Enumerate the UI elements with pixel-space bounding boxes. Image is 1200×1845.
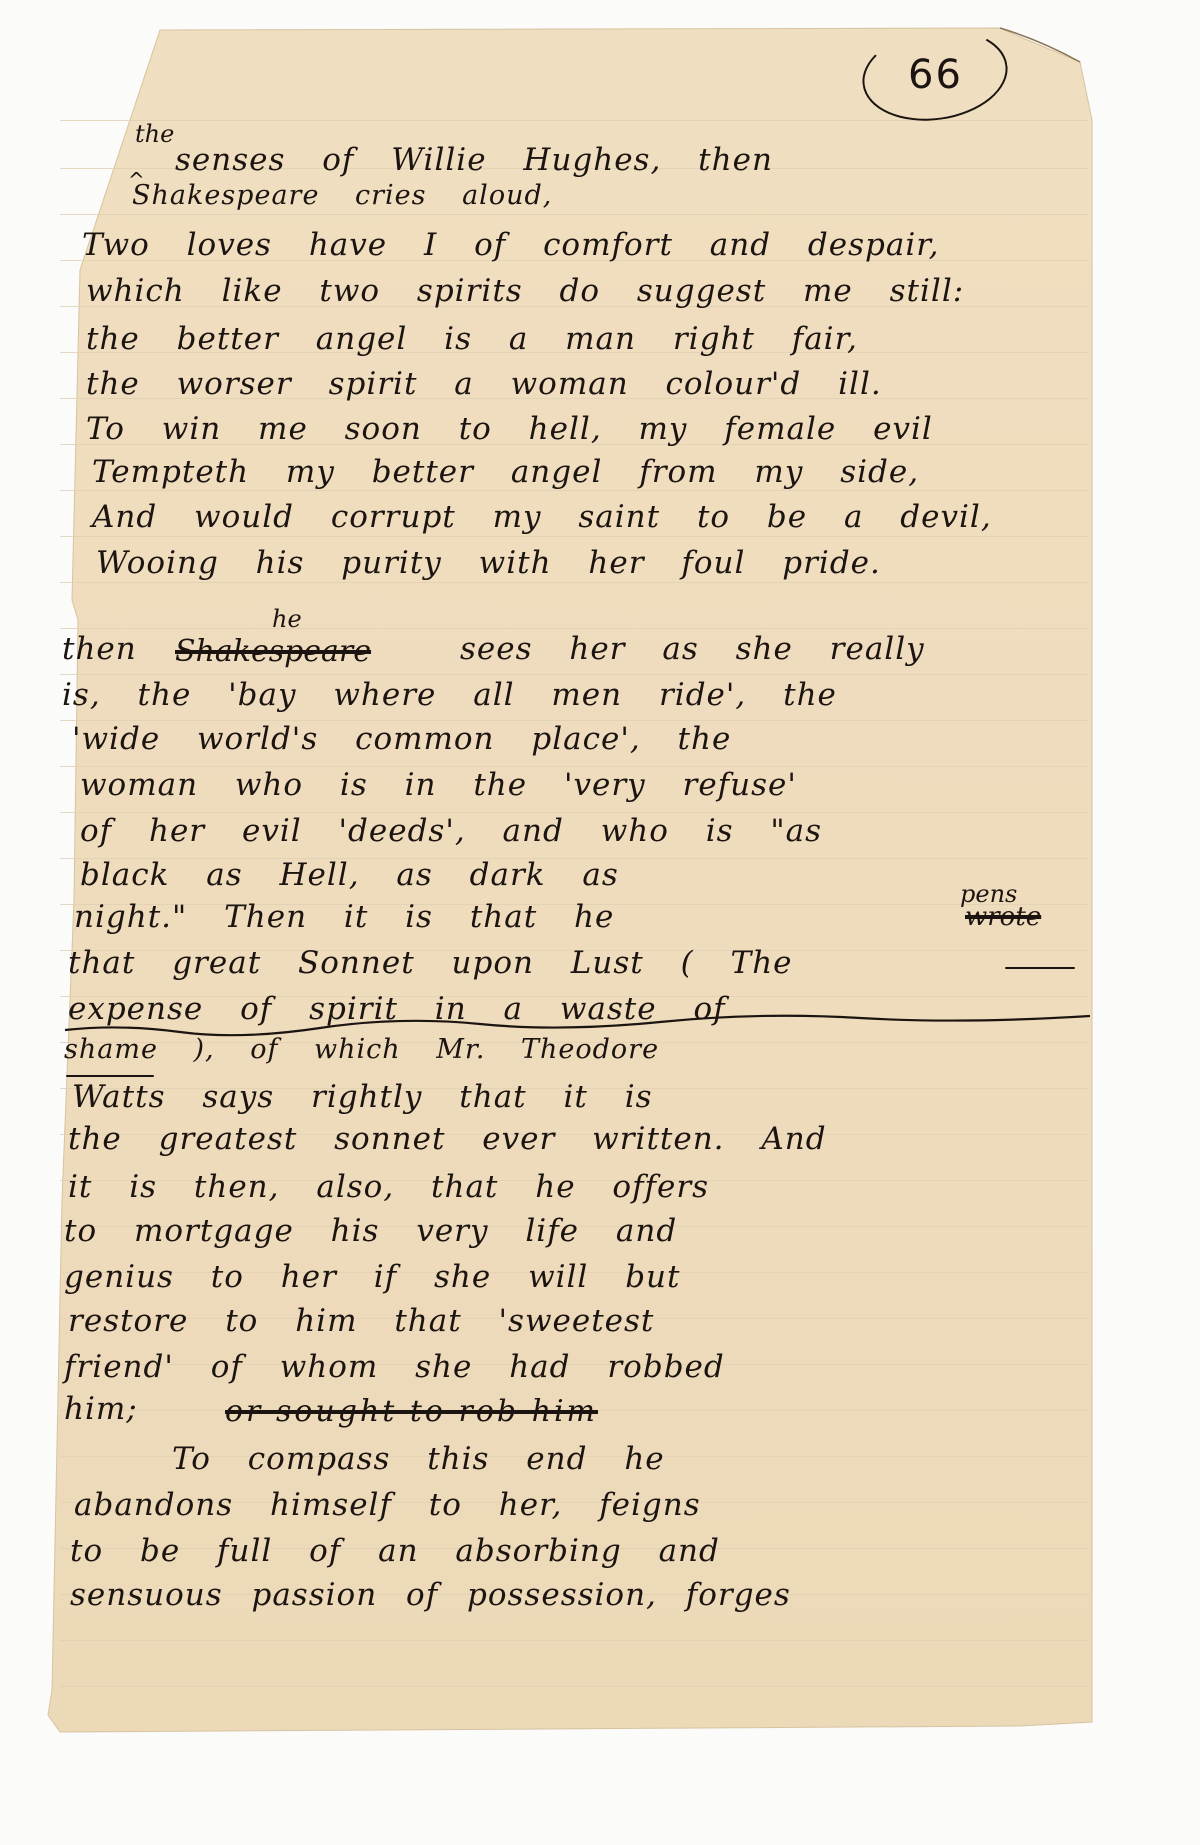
quoted-verse-line: Two loves have I of comfort and despair, <box>82 230 940 261</box>
quoted-verse-line: Tempteth my better angel from my side, <box>92 457 919 488</box>
ruled-line <box>60 674 1088 675</box>
text-line: then <box>62 634 137 665</box>
text-line: senses of Willie Hughes, then <box>175 145 773 176</box>
text-line: Watts says rightly that it is <box>72 1082 653 1113</box>
text-line: friend' of whom she had robbed <box>64 1352 725 1383</box>
quoted-verse-line: To win me soon to hell, my female evil <box>86 414 933 445</box>
text-line: sees her as she really <box>460 634 925 665</box>
manuscript-page: 66 the senses of Willie Hughes, then ^ S… <box>0 0 1200 1845</box>
text-line: Shakespeare cries aloud, <box>132 182 552 209</box>
text-line: it is then, also, that he offers <box>68 1172 709 1203</box>
text-line: 'wide world's common place', the <box>72 724 731 755</box>
insert-the: the <box>135 120 174 148</box>
text-line: sensuous passion of possession, forges <box>70 1580 791 1611</box>
page-number: 66 <box>908 52 963 98</box>
ruled-line <box>60 1640 1088 1641</box>
text-line: the greatest sonnet ever written. And <box>68 1124 827 1155</box>
text-line: him; <box>64 1394 138 1425</box>
text-line: abandons himself to her, feigns <box>74 1490 701 1521</box>
quoted-verse-line: And would corrupt my saint to be a devil… <box>92 502 992 533</box>
text-line: to mortgage his very life and <box>64 1216 677 1247</box>
underline-mark <box>66 1075 154 1077</box>
struck-word: wrote <box>965 902 1041 932</box>
text-line: of her evil 'deeds', and who is "as <box>80 816 822 847</box>
paragraph-start-line: To compass this end he <box>172 1444 665 1475</box>
ruled-line <box>60 214 1088 215</box>
text-line: woman who is in the 'very refuse' <box>80 770 797 801</box>
text-line: shame ), of which Mr. Theodore <box>64 1036 659 1063</box>
ruled-line <box>60 490 1088 491</box>
ruled-line <box>60 536 1088 537</box>
text-line: to be full of an absorbing and <box>70 1536 720 1567</box>
text-line: that great Sonnet upon Lust ( The <box>68 948 793 979</box>
text-line: black as Hell, as dark as <box>80 860 619 891</box>
quoted-verse-line: Wooing his purity with her foul pride. <box>96 548 881 579</box>
text-line: restore to him that 'sweetest <box>68 1306 654 1337</box>
quoted-verse-line: the better angel is a man right fair, <box>86 324 858 355</box>
insert-he: he <box>272 605 302 633</box>
text-line: is, the 'bay where all men ride', the <box>62 680 837 711</box>
underline-mark <box>1005 967 1075 969</box>
struck-phrase: or sought to rob him <box>225 1394 598 1429</box>
quoted-verse-line: which like two spirits do suggest me sti… <box>86 276 964 307</box>
text-line: night." Then it is that he <box>74 902 614 933</box>
ruled-line <box>60 628 1088 629</box>
struck-word: Shakespeare <box>175 634 371 669</box>
ruled-line <box>60 1686 1088 1687</box>
quoted-verse-line: the worser spirit a woman colour'd ill. <box>86 369 882 400</box>
text-line: genius to her if she will but <box>64 1262 680 1293</box>
ruled-line <box>60 582 1088 583</box>
